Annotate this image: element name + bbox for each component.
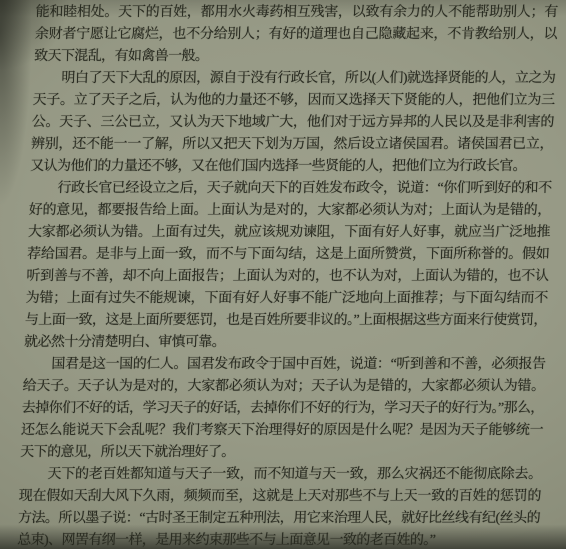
paragraph-3: 行政长官已经设立之后，天子就向天下的百姓发布政令，说道：“你们听到好的和不好的意… (24, 178, 552, 354)
paragraph-4: 国君是这一国的仁人。国君发布政令于国中百姓，说道：“听到善和不善，必须报告给天子… (20, 354, 546, 464)
page-text-block: 能和睦相处。天下的百姓，都用水火毒药相互残害，以致有余力的人不能帮助别人；有余财… (0, 2, 566, 549)
paragraph-2: 明白了天下大乱的原因，源自于没有行政长官，所以(人们)就选择贤能的人，立之为天子… (30, 68, 556, 178)
book-page-photo: 能和睦相处。天下的百姓，都用水火毒药相互残害，以致有余力的人不能帮助别人；有余财… (0, 0, 566, 549)
paragraph-1: 能和睦相处。天下的百姓，都用水火毒药相互残害，以致有余力的人不能帮助别人；有余财… (34, 2, 558, 68)
paragraph-5: 天下的老百姓都知道与天子一致，而不知道与天一致，那么灾祸还不能彻底除去。现在假如… (17, 464, 542, 549)
